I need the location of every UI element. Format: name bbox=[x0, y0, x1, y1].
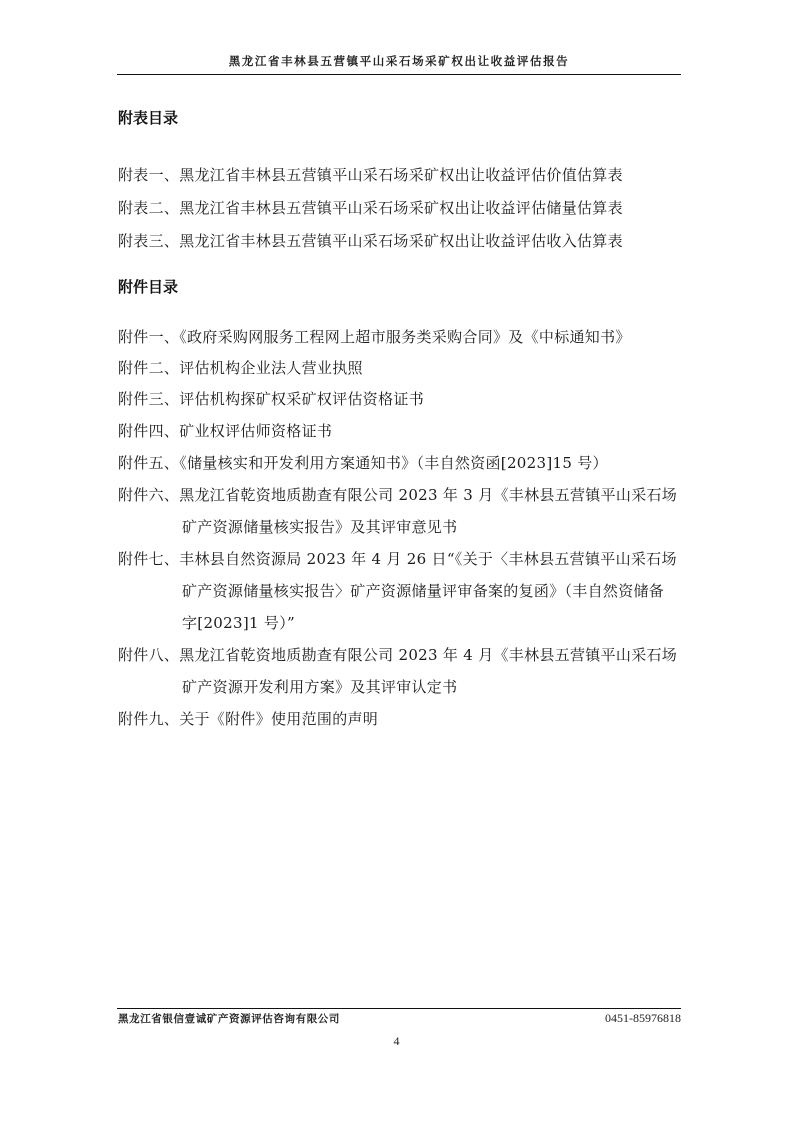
attachment-item-6-line-1: 附件六、黑龙江省乾资地质勘查有限公司 2023 年 3 月《丰林县五营镇平山采石… bbox=[118, 484, 677, 505]
running-header-title: 黑龙江省丰林县五营镇平山采石场采矿权出让收益评估报告 bbox=[117, 53, 681, 69]
attachment-item-6-line-2: 矿产资源储量核实报告》及其评审意见书 bbox=[182, 516, 457, 537]
page-number: 4 bbox=[0, 1034, 793, 1049]
document-page: 黑龙江省丰林县五营镇平山采石场采矿权出让收益评估报告 附表目录 附表一、黑龙江省… bbox=[0, 0, 793, 1122]
appendix-table-item-3: 附表三、黑龙江省丰林县五营镇平山采石场采矿权出让收益评估收入估算表 bbox=[118, 230, 623, 251]
appendix-table-item-1: 附表一、黑龙江省丰林县五营镇平山采石场采矿权出让收益评估价值估算表 bbox=[118, 164, 623, 185]
footer-divider bbox=[117, 1008, 681, 1009]
attachment-item-7-line-3: 字[2023]1 号）” bbox=[182, 612, 295, 633]
attachment-item-7-line-2: 矿产资源储量核实报告〉矿产资源储量评审备案的复函》（丰自然资储备 bbox=[182, 580, 664, 601]
attachment-item-4: 附件四、矿业权评估师资格证书 bbox=[118, 420, 332, 441]
attachment-item-1: 附件一、《政府采购网服务工程网上超市服务类采购合同》及《中标通知书》 bbox=[118, 326, 631, 347]
attachments-heading: 附件目录 bbox=[118, 276, 178, 297]
attachment-item-8-line-1: 附件八、黑龙江省乾资地质勘查有限公司 2023 年 4 月《丰林县五营镇平山采石… bbox=[118, 644, 677, 665]
attachment-item-9: 附件九、关于《附件》使用范围的声明 bbox=[118, 708, 378, 729]
appendix-table-item-2: 附表二、黑龙江省丰林县五营镇平山采石场采矿权出让收益评估储量估算表 bbox=[118, 197, 623, 218]
attachment-item-8-line-2: 矿产资源开发利用方案》及其评审认定书 bbox=[182, 676, 457, 697]
attachment-item-2: 附件二、评估机构企业法人营业执照 bbox=[118, 357, 363, 378]
footer-phone-number: 0451-85976818 bbox=[605, 1011, 681, 1026]
header-divider bbox=[117, 74, 681, 75]
attachment-item-3: 附件三、评估机构探矿权采矿权评估资格证书 bbox=[118, 388, 424, 409]
attachment-item-7-line-1: 附件七、丰林县自然资源局 2023 年 4 月 26 日“《关于〈丰林县五营镇平… bbox=[118, 548, 677, 569]
appendix-tables-heading: 附表目录 bbox=[118, 107, 178, 128]
footer-company-name: 黑龙江省银信壹诚矿产资源评估咨询有限公司 bbox=[118, 1011, 340, 1026]
attachment-item-5: 附件五、《储量核实和开发利用方案通知书》（丰自然资函[2023]15 号） bbox=[118, 452, 608, 473]
